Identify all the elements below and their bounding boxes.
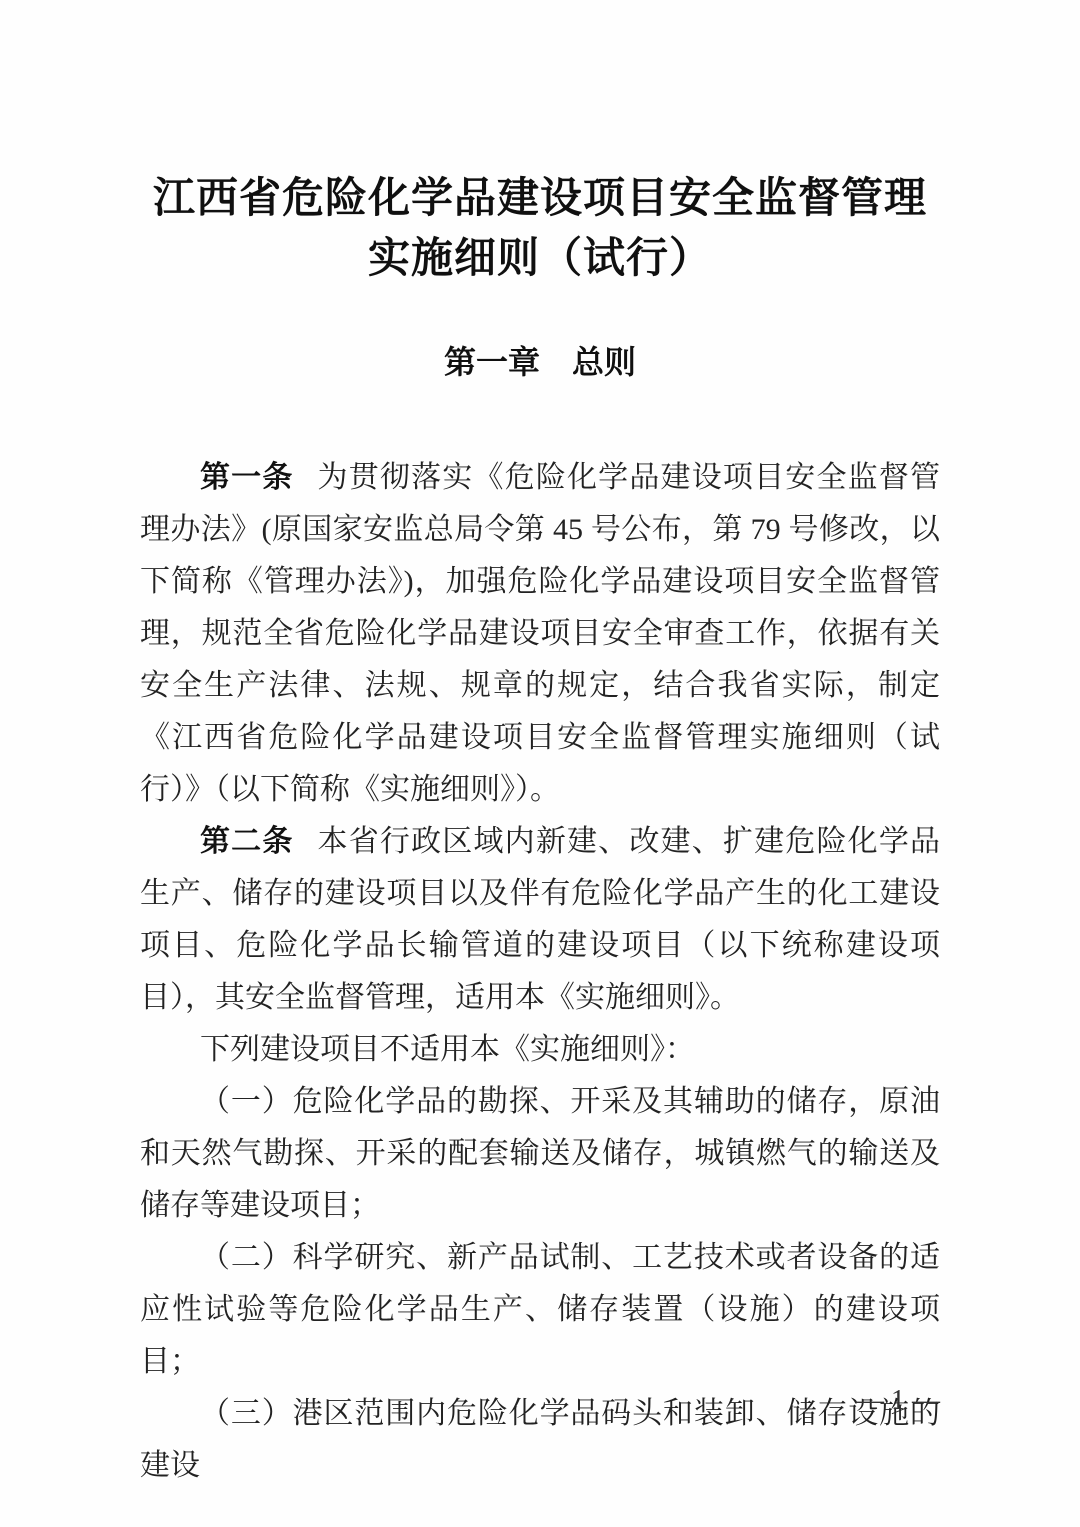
document-body: 第一条为贯彻落实《危险化学品建设项目安全监督管理办法》(原国家安监总局令第 45… bbox=[140, 452, 940, 1492]
paragraph: 第一条为贯彻落实《危险化学品建设项目安全监督管理办法》(原国家安监总局令第 45… bbox=[140, 452, 940, 816]
article-number: 第一条 bbox=[200, 461, 294, 494]
paragraph-text: 为贯彻落实《危险化学品建设项目安全监督管理办法》(原国家安监总局令第 45 号公… bbox=[140, 461, 940, 806]
document-title: 江西省危险化学品建设项目安全监督管理 实施细则（试行） bbox=[140, 168, 940, 288]
page-number: — 1 — bbox=[856, 1385, 940, 1416]
paragraph-text: （二）科学研究、新产品试制、工艺技术或者设备的适应性试验等危险化学品生产、储存装… bbox=[140, 1241, 940, 1378]
page-footer: — 1 — bbox=[856, 1385, 940, 1417]
document-title-line-1: 江西省危险化学品建设项目安全监督管理 bbox=[140, 168, 940, 228]
paragraph-text: （一）危险化学品的勘探、开采及其辅助的储存，原油和天然气勘探、开采的配套输送及储… bbox=[140, 1085, 940, 1222]
paragraph-text: 下列建设项目不适用本《实施细则》： bbox=[200, 1033, 695, 1066]
paragraph: （三）港区范围内危险化学品码头和装卸、储存设施的建设 bbox=[140, 1388, 940, 1492]
document-page: 江西省危险化学品建设项目安全监督管理 实施细则（试行） 第一章 总则 第一条为贯… bbox=[0, 0, 1080, 1527]
paragraph: （一）危险化学品的勘探、开采及其辅助的储存，原油和天然气勘探、开采的配套输送及储… bbox=[140, 1076, 940, 1232]
paragraph-text: （三）港区范围内危险化学品码头和装卸、储存设施的建设 bbox=[140, 1397, 940, 1482]
paragraph: 下列建设项目不适用本《实施细则》： bbox=[140, 1024, 940, 1076]
paragraph: （二）科学研究、新产品试制、工艺技术或者设备的适应性试验等危险化学品生产、储存装… bbox=[140, 1232, 940, 1388]
chapter-heading: 第一章 总则 bbox=[140, 342, 940, 382]
article-number: 第二条 bbox=[200, 825, 294, 858]
paragraph: 第二条本省行政区域内新建、改建、扩建危险化学品生产、储存的建设项目以及伴有危险化… bbox=[140, 816, 940, 1024]
document-title-line-2: 实施细则（试行） bbox=[140, 228, 940, 288]
